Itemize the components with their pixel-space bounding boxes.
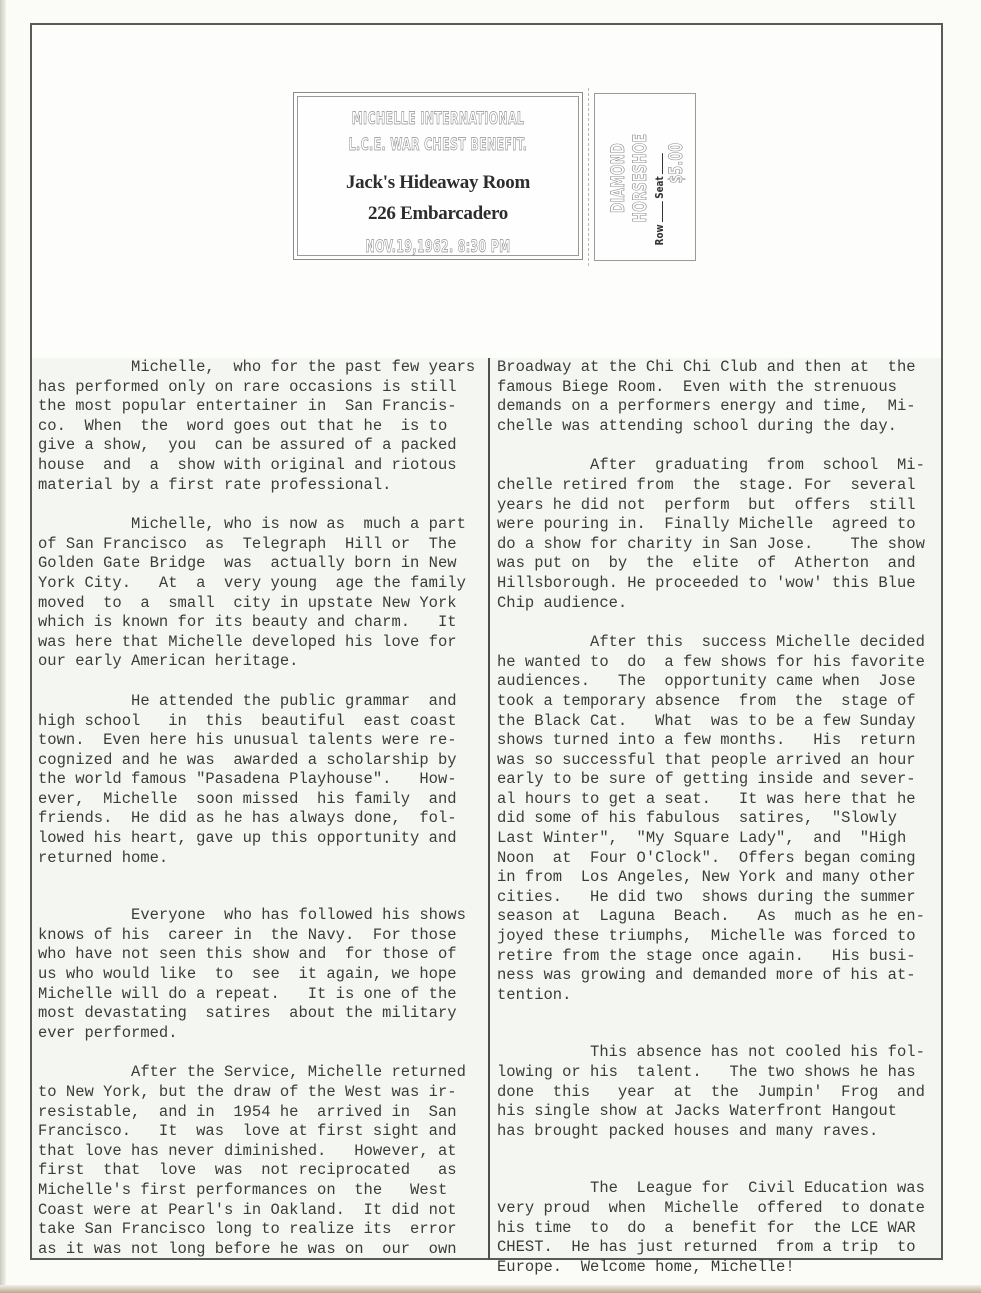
text-line: our early American heritage. [38, 652, 483, 672]
text-line: lowed his heart, gave up this opportunit… [38, 829, 483, 849]
text-line: Golden Gate Bridge was actually born in … [38, 554, 483, 574]
text-line: of San Francisco as Telegraph Hill or Th… [38, 535, 483, 555]
text-line: audiences. The opportunity came when Jos… [497, 672, 942, 692]
text-line: in from Los Angeles, New York and many o… [497, 868, 942, 888]
text-line: early to be sure of getting inside and s… [497, 770, 942, 790]
text-line: Europe. Welcome home, Michelle! [497, 1258, 942, 1278]
ticket-inner-border: MICHELLE INTERNATIONAL L.C.E. WAR CHEST … [297, 96, 579, 256]
text-line: town. Even here his unusual talents were… [38, 731, 483, 751]
text-line: to New York, but the draw of the West wa… [38, 1083, 483, 1103]
text-line: his time to do a benefit for the LCE WAR [497, 1219, 942, 1239]
paragraph: Michelle, who for the past few yearshas … [38, 358, 483, 495]
paragraph: He attended the public grammar andhigh s… [38, 692, 483, 868]
text-line: After this success Michelle decided [497, 633, 942, 653]
text-line: who have not seen this show and for thos… [38, 945, 483, 965]
text-line: cities. He did two shows during the summ… [497, 888, 942, 908]
text-line: us who would like to see it again, we ho… [38, 965, 483, 985]
ticket-event: L.C.E. WAR CHEST BENEFIT. [337, 135, 539, 155]
text-line: ever, Michelle soon missed his family an… [38, 790, 483, 810]
text-line: Michelle, who is now as much a part [38, 515, 483, 535]
text-line: were pouring in. Finally Michelle agreed… [497, 515, 942, 535]
text-line: After the Service, Michelle returned [38, 1063, 483, 1083]
text-line: took a temporary absence from the stage … [497, 692, 942, 712]
text-line: was so successful that people arrived an… [497, 751, 942, 771]
text-line: He attended the public grammar and [38, 692, 483, 712]
text-line: Michelle's first performances on the Wes… [38, 1181, 483, 1201]
ticket: MICHELLE INTERNATIONAL L.C.E. WAR CHEST … [293, 92, 583, 260]
text-line: do a show for charity in San Jose. The s… [497, 535, 942, 555]
text-line: Michelle, who for the past few years [38, 358, 483, 378]
paragraph: After this success Michelle decidedhe wa… [497, 633, 942, 1005]
text-line: Chip audience. [497, 594, 942, 614]
text-line: shows turned into a few months. His retu… [497, 731, 942, 751]
text-line: moved to a small city in upstate New Yor… [38, 594, 483, 614]
text-line: CHEST. He has just returned from a trip … [497, 1238, 942, 1258]
text-line: Noon at Four O'Clock". Offers began comi… [497, 849, 942, 869]
text-line: ness was growing and demanded more of hi… [497, 966, 942, 986]
text-line: After graduating from school Mi- [497, 456, 942, 476]
text-line: very proud when Michelle offered to dona… [497, 1199, 942, 1219]
page-bottom-edge [0, 1285, 981, 1293]
stub-price: $5.00 [665, 116, 687, 210]
text-line: Michelle will do a repeat. It is one of … [38, 985, 483, 1005]
text-line: his single show at Jacks Waterfront Hang… [497, 1102, 942, 1122]
text-line: done this year at the Jumpin' Frog and [497, 1083, 942, 1103]
text-line: did some of his fabulous satires, "Slowl… [497, 809, 942, 829]
text-line: Last Winter", "My Square Lady", and "Hig… [497, 829, 942, 849]
ticket-venue: Jack's Hideaway Room [298, 172, 578, 194]
text-line: season at Laguna Beach. As much as he en… [497, 907, 942, 927]
stub-section-line1: DIAMOND [607, 120, 629, 235]
ticket-perforation [588, 88, 589, 266]
text-line: the Black Cat. What was to be a few Sund… [497, 712, 942, 732]
text-line: the world famous "Pasadena Playhouse". H… [38, 770, 483, 790]
paragraph: After the Service, Michelle returnedto N… [38, 1063, 483, 1259]
left-column: Michelle, who for the past few yearshas … [38, 358, 483, 1259]
text-line: chelle retired from the stage. For sever… [497, 476, 942, 496]
text-line: famous Biege Room. Even with the strenuo… [497, 378, 942, 398]
text-line: most devastating satires about the milit… [38, 1004, 483, 1024]
text-line: Broadway at the Chi Chi Club and then at… [497, 358, 942, 378]
text-line: Francisco. It was love at first sight an… [38, 1122, 483, 1142]
stub-row-label: Row [653, 224, 666, 245]
paragraph: After graduating from school Mi-chelle r… [497, 456, 942, 613]
text-line: Hillsborough. He proceeded to 'wow' this… [497, 574, 942, 594]
text-line: demands on a performers energy and time,… [497, 397, 942, 417]
text-line: al hours to get a seat. It was here that… [497, 790, 942, 810]
text-line: joyed these triumphs, Michelle was force… [497, 927, 942, 947]
paragraph: Michelle, who is now as much a partof Sa… [38, 515, 483, 672]
paragraph: Everyone who has followed his showsknows… [38, 906, 483, 1043]
text-line: years he did not perform but offers stil… [497, 496, 942, 516]
text-line: returned home. [38, 849, 483, 869]
text-line: high school in this beautiful east coast [38, 712, 483, 732]
text-line: friends. He did as he has always done, f… [38, 809, 483, 829]
ticket-organizer: MICHELLE INTERNATIONAL [337, 109, 539, 129]
text-line: has brought packed houses and many raves… [497, 1122, 942, 1142]
text-line: tention. [497, 986, 942, 1006]
stub-seat-blank [662, 153, 663, 174]
page-left-shadow [0, 0, 6, 1293]
paragraph: Broadway at the Chi Chi Club and then at… [497, 358, 942, 436]
ticket-address: 226 Embarcadero [298, 203, 578, 225]
text-line: resistable, and in 1954 he arrived in Sa… [38, 1103, 483, 1123]
text-line: co. When the word goes out that he is to [38, 417, 483, 437]
text-line: take San Francisco long to realize its e… [38, 1220, 483, 1240]
text-line: was put on by the elite of Atherton and [497, 554, 942, 574]
ticket-stub: DIAMOND HORSESHOE RowSeat $5.00 [594, 93, 696, 261]
text-line: was here that Michelle developed his lov… [38, 633, 483, 653]
text-line: house and a show with original and rioto… [38, 456, 483, 476]
text-line: as it was not long before he was on our … [38, 1240, 483, 1260]
text-line: give a show, you can be assured of a pac… [38, 436, 483, 456]
text-line: that love has never diminished. However,… [38, 1142, 483, 1162]
text-line: he wanted to do a few shows for his favo… [497, 653, 942, 673]
ticket-datetime: NOV.19,1962. 8:30 PM [337, 237, 539, 257]
text-line: This absence has not cooled his fol- [497, 1043, 942, 1063]
text-line: first that love was not reciprocated as [38, 1161, 483, 1181]
text-line: York City. At a very young age the famil… [38, 574, 483, 594]
stub-section-line2: HORSESHOE [629, 120, 651, 235]
text-line: the most popular entertainer in San Fran… [38, 397, 483, 417]
right-column: Broadway at the Chi Chi Club and then at… [497, 358, 942, 1277]
text-line: Coast were at Pearl's in Oakland. It did… [38, 1201, 483, 1221]
stub-content: DIAMOND HORSESHOE RowSeat $5.00 [601, 98, 691, 258]
text-line: Everyone who has followed his shows [38, 906, 483, 926]
text-line: has performed only on rare occasions is … [38, 378, 483, 398]
text-line: knows of his career in the Navy. For tho… [38, 926, 483, 946]
text-line: ever performed. [38, 1024, 483, 1044]
text-line: retire from the stage once again. His bu… [497, 947, 942, 967]
text-line: cognized and he was awarded a scholarshi… [38, 751, 483, 771]
text-line: The League for Civil Education was [497, 1179, 942, 1199]
column-divider [488, 358, 490, 1260]
stub-row-blank [662, 201, 663, 222]
text-line: chelle was attending school during the d… [497, 417, 942, 437]
paragraph: This absence has not cooled his fol-lowi… [497, 1043, 942, 1141]
paragraph: The League for Civil Education wasvery p… [497, 1179, 942, 1277]
text-line: which is known for its beauty and charm.… [38, 613, 483, 633]
text-line: lowing or his talent. The two shows he h… [497, 1063, 942, 1083]
text-line: material by a first rate professional. [38, 476, 483, 496]
